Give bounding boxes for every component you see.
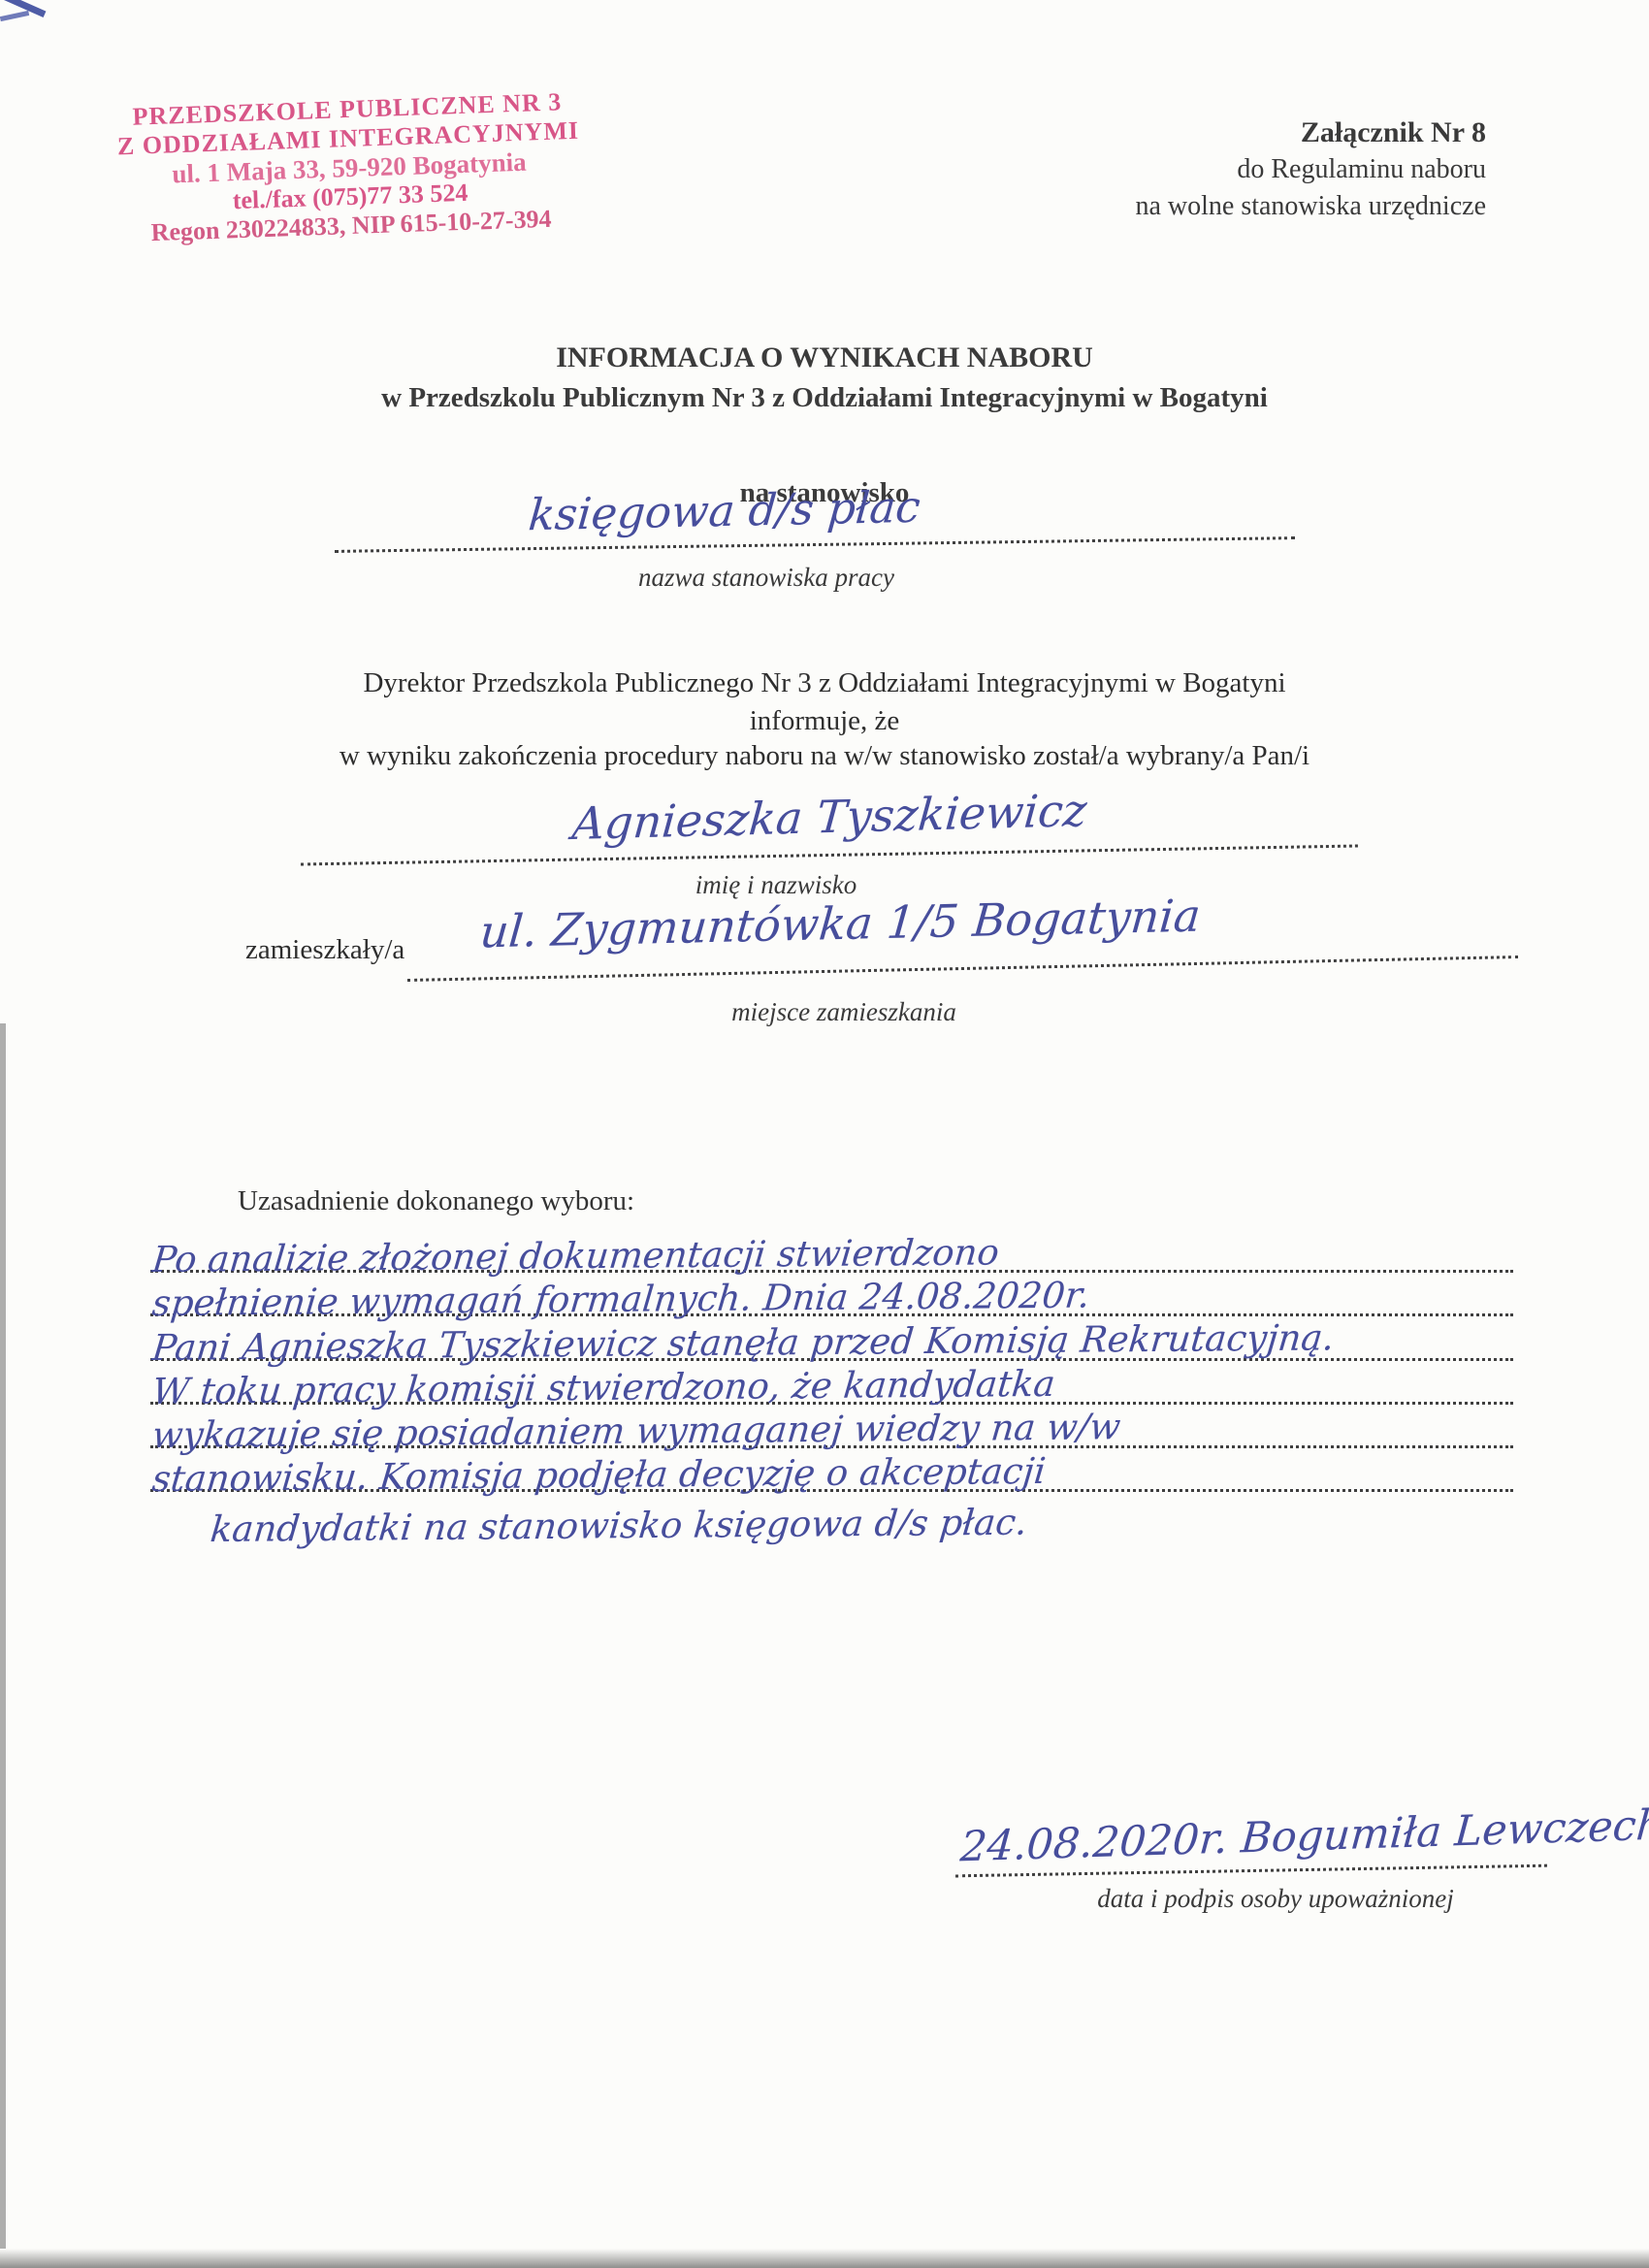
attachment-positions: na wolne stanowiska urzędnicze [943,188,1486,225]
residence-caption: miejsce zamieszkania [417,997,1271,1027]
attachment-number: Załącznik Nr 8 [943,114,1486,151]
scanned-document-page: PRZEDSZKOLE PUBLICZNE NR 3 Z ODDZIAŁAMI … [0,0,1649,2268]
name-caption: imię i nazwisko [0,870,1552,900]
justification-line: kandydatki na stanowisko księgowa d/s pł… [150,1494,1513,1542]
scan-artifact-pen-mark [0,11,29,21]
document-subtitle: w Przedszkolu Publicznym Nr 3 z Oddziała… [0,382,1649,414]
residence-label: zamieszkały/a [245,934,404,966]
office-stamp: PRZEDSZKOLE PUBLICZNE NR 3 Z ODDZIAŁAMI … [90,86,609,249]
handwritten-position: księgowa d/s płac [527,481,922,541]
justification-line: W toku pracy komisji stwierdzono, że kan… [150,1362,1513,1405]
scan-artifact-left-edge [0,1023,6,2268]
handwritten-candidate-name: Agnieszka Tyszkiewicz [570,784,1088,850]
body-line-informs: informuje, że [0,705,1649,737]
body-line-director: Dyrektor Przedszkola Publicznego Nr 3 z … [0,667,1649,699]
justification-line: Pani Agnieszka Tyszkiewicz stanęła przed… [150,1318,1513,1361]
handwritten-date-signature: 24.08.2020r. Bogumiła Lewczech [958,1801,1649,1872]
residence-dotted-line [407,956,1518,982]
handwritten-justification-6: stanowisku. Komisja podjęła decyzję o ak… [150,1450,1048,1500]
attachment-reference-block: Załącznik Nr 8 do Regulaminu naboru na w… [943,114,1486,225]
justification-heading: Uzasadnienie dokonanego wyboru: [238,1185,634,1217]
position-dotted-line [335,536,1295,553]
justification-line: spełnienie wymagań formalnych. Dnia 24.0… [150,1274,1513,1316]
justification-line: Po analizie złożonej dokumentacji stwier… [150,1230,1513,1273]
handwritten-justification-2: spełnienie wymagań formalnych. Dnia 24.0… [150,1275,1091,1324]
position-caption: nazwa stanowiska pracy [0,563,1533,593]
signature-caption: data i podpis osoby upoważnionej [1004,1884,1547,1914]
scan-artifact-bottom-edge [0,2249,1649,2268]
attachment-regulation: do Regulaminu naboru [943,151,1486,188]
justification-line: stanowisku. Komisja podjęła decyzję o ak… [150,1449,1513,1492]
name-dotted-line [301,844,1358,865]
body-line-result: w wyniku zakończenia procedury naboru na… [0,740,1649,772]
justification-line: wykazuje się posiadaniem wymaganej wiedz… [150,1406,1513,1448]
document-title: INFORMACJA O WYNIKACH NABORU [0,341,1649,374]
handwritten-justification-7: kandydatki na stanowisko księgowa d/s pł… [209,1502,1029,1550]
